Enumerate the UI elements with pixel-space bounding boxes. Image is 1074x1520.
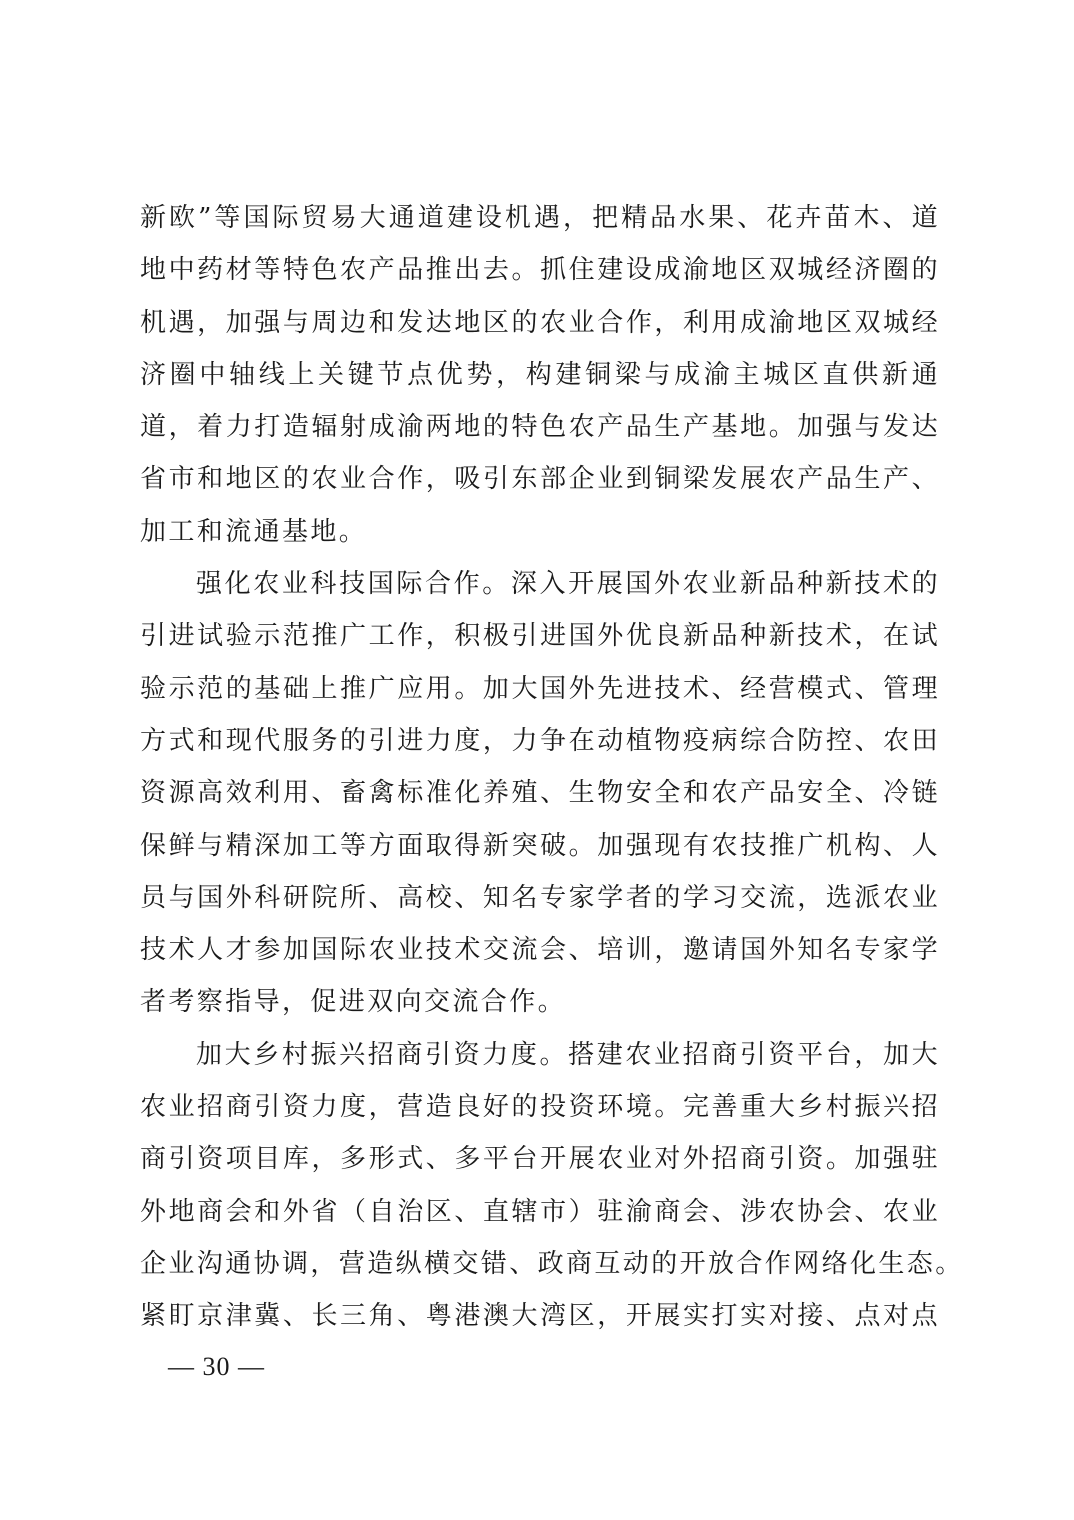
text-line: 济圈中轴线上关键节点优势，构建铜梁与成渝主城区直供新通	[140, 349, 940, 401]
text-line: 道，着力打造辐射成渝两地的特色农产品生产基地。加强与发达	[140, 401, 940, 453]
text-line: 农业招商引资力度，营造良好的投资环境。完善重大乡村振兴招	[140, 1081, 940, 1133]
paragraph-1: 新欧”等国际贸易大通道建设机遇，把精品水果、花卉苗木、道 地中药材等特色农产品推…	[140, 192, 940, 558]
text-line: 企业沟通协调，营造纵横交错、政商互动的开放合作网络化生态。	[140, 1238, 940, 1290]
text-line: 机遇，加强与周边和发达地区的农业合作，利用成渝地区双城经	[140, 297, 940, 349]
paragraph-2: 强化农业科技国际合作。深入开展国外农业新品种新技术的 引进试验示范推广工作，积极…	[140, 558, 940, 1029]
text-line: 商引资项目库，多形式、多平台开展农业对外招商引资。加强驻	[140, 1133, 940, 1185]
text-line: 新欧”等国际贸易大通道建设机遇，把精品水果、花卉苗木、道	[140, 192, 940, 244]
text-line: 者考察指导，促进双向交流合作。	[140, 976, 940, 1028]
text-line: 资源高效利用、畜禽标准化养殖、生物安全和农产品安全、冷链	[140, 767, 940, 819]
text-line: 员与国外科研院所、高校、知名专家学者的学习交流，选派农业	[140, 872, 940, 924]
text-line: 地中药材等特色农产品推出去。抓住建设成渝地区双城经济圈的	[140, 244, 940, 296]
text-line: 省市和地区的农业合作，吸引东部企业到铜梁发展农产品生产、	[140, 453, 940, 505]
text-line: 强化农业科技国际合作。深入开展国外农业新品种新技术的	[140, 558, 940, 610]
text-line: 引进试验示范推广工作，积极引进国外优良新品种新技术，在试	[140, 610, 940, 662]
text-line: 加大乡村振兴招商引资力度。搭建农业招商引资平台，加大	[140, 1029, 940, 1081]
page-number: — 30 —	[168, 1352, 265, 1382]
body-text: 新欧”等国际贸易大通道建设机遇，把精品水果、花卉苗木、道 地中药材等特色农产品推…	[140, 192, 940, 1343]
text-line: 技术人才参加国际农业技术交流会、培训，邀请国外知名专家学	[140, 924, 940, 976]
text-line: 方式和现代服务的引进力度，力争在动植物疫病综合防控、农田	[140, 715, 940, 767]
text-line: 验示范的基础上推广应用。加大国外先进技术、经营模式、管理	[140, 663, 940, 715]
text-line: 加工和流通基地。	[140, 506, 940, 558]
text-line: 保鲜与精深加工等方面取得新突破。加强现有农技推广机构、人	[140, 820, 940, 872]
text-line: 紧盯京津冀、长三角、粤港澳大湾区，开展实打实对接、点对点	[140, 1290, 940, 1342]
document-page: 新欧”等国际贸易大通道建设机遇，把精品水果、花卉苗木、道 地中药材等特色农产品推…	[0, 0, 1074, 1520]
paragraph-3: 加大乡村振兴招商引资力度。搭建农业招商引资平台，加大 农业招商引资力度，营造良好…	[140, 1029, 940, 1343]
text-line: 外地商会和外省（自治区、直辖市）驻渝商会、涉农协会、农业	[140, 1186, 940, 1238]
